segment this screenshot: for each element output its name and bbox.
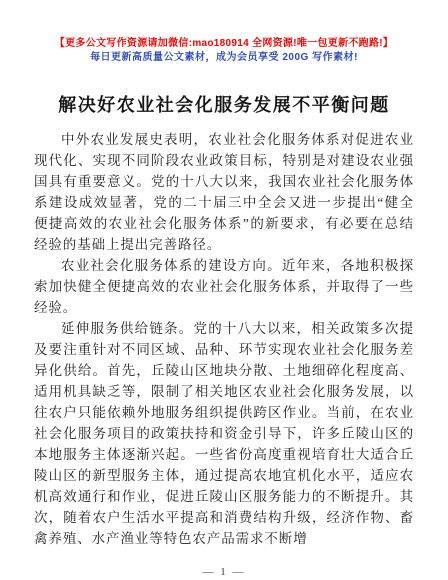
promo-line-red: 【更多公文写作资源请加微信:mao180914 全网资源!唯一包更新不跑路!】 (0, 37, 448, 51)
paragraph-supply-chain: 延伸服务供给链条。党的十八大以来，相关政策多次提及要注重针对不同区域、品种、环节… (34, 318, 414, 549)
document-page: 【更多公文写作资源请加微信:mao180914 全网资源!唯一包更新不跑路!】 … (0, 0, 448, 580)
paragraph-intro: 中外农业发展史表明，农业社会化服务体系对促进农业现代化、实现不同阶段农业政策目标… (34, 129, 414, 255)
promo-banner: 【更多公文写作资源请加微信:mao180914 全网资源!唯一包更新不跑路!】 … (0, 0, 448, 65)
document-body: 中外农业发展史表明，农业社会化服务体系对促进农业现代化、实现不同阶段农业政策目标… (0, 116, 448, 549)
document-title: 解决好农业社会化服务发展不平衡问题 (24, 95, 424, 116)
paragraph-direction: 农业社会化服务体系的建设方向。近年来，各地积极探索加快健全便捷高效的农业社会化服… (34, 255, 414, 318)
page-number: — 1 — (0, 565, 448, 579)
promo-line-blue: 每日更新高质量公文素材，成为会员享受 200G 写作素材! (0, 51, 448, 65)
